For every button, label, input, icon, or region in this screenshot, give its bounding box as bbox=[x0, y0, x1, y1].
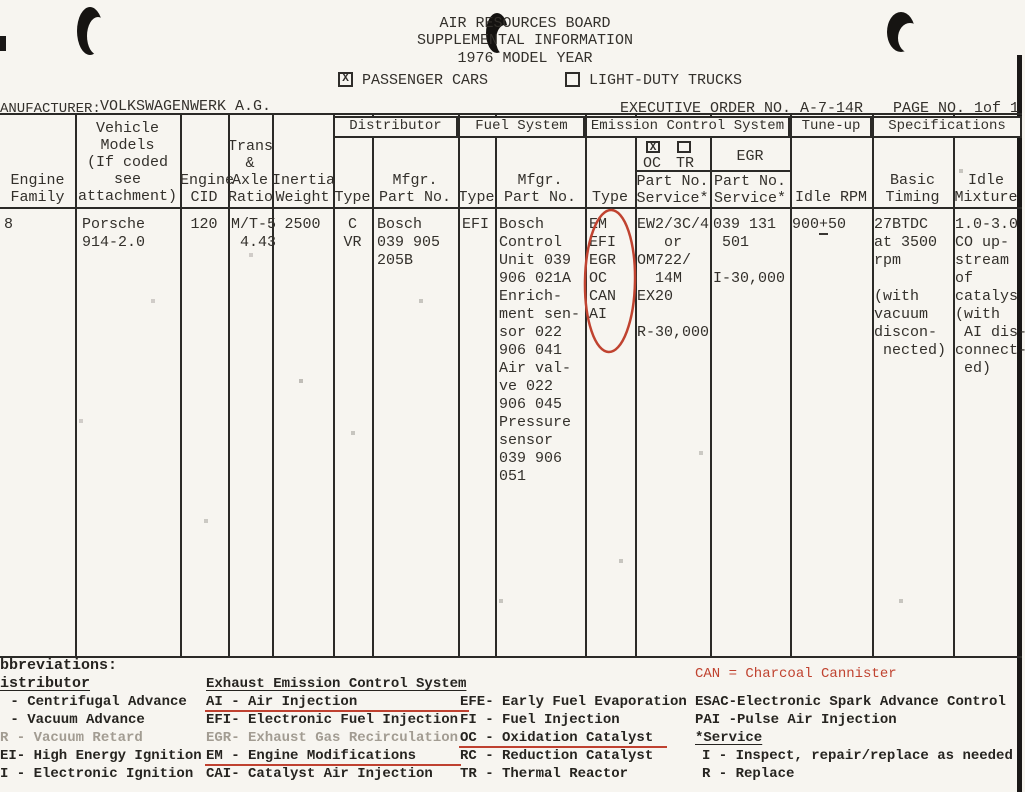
table-bottom-border bbox=[0, 656, 1022, 658]
abbrev-item: R - Vacuum Retard bbox=[0, 730, 143, 746]
col-header-ecs-type: Type bbox=[585, 189, 635, 206]
abbrev-heading-exhaust: Exhaust Emission Control System bbox=[206, 676, 466, 692]
cell-egr-part-service: 039 131 501 I-30,000 bbox=[713, 216, 785, 288]
passenger-cars-checkbox[interactable]: X bbox=[338, 72, 353, 87]
table-header-border bbox=[0, 207, 1022, 209]
col-header-basic-timing: Basic Timing bbox=[872, 172, 953, 206]
abbrev-item: OC - Oxidation Catalyst bbox=[460, 730, 653, 746]
form-title-line1: AIR RESOURCES BOARD bbox=[330, 15, 720, 33]
col-header-vehicle-models: Vehicle Models (If coded see attachment) bbox=[75, 120, 180, 205]
col-header-egr-part-service: Part No. Service* bbox=[710, 173, 790, 207]
cell-distributor-type: C VR bbox=[333, 216, 372, 252]
scanned-form-page: AIR RESOURCES BOARD SUPPLEMENTAL INFORMA… bbox=[0, 0, 1025, 792]
cell-engine-cid: 120 bbox=[180, 216, 228, 234]
cell-distributor-part: Bosch 039 905 205B bbox=[377, 216, 440, 270]
col-header-distributor-part: Mfgr. Part No. bbox=[372, 172, 458, 206]
abbrev-item: ESAC-Electronic Spark Advance Control bbox=[695, 694, 1006, 710]
abbrev-item: AI - Air Injection bbox=[206, 694, 357, 710]
abbrev-item: R - Replace bbox=[702, 766, 794, 782]
cell-idle-mixture: 1.0-3.0 CO up- stream of catalys (with A… bbox=[955, 216, 1025, 378]
abbrev-item: CAI- Catalyst Air Injection bbox=[206, 766, 433, 782]
cell-vehicle-models: Porsche 914-2.0 bbox=[82, 216, 145, 252]
abbreviations-title: bbreviations: bbox=[0, 658, 117, 674]
abbrev-item: EFI- Electronic Fuel Injection bbox=[206, 712, 458, 728]
cell-idle-rpm: 900+50 bbox=[792, 216, 846, 234]
group-header-emission-control: Emission Control System bbox=[585, 116, 790, 138]
table-top-border bbox=[0, 113, 1022, 115]
col-header-egr-label: EGR bbox=[710, 148, 790, 165]
oc-checkbox[interactable]: X bbox=[646, 141, 660, 153]
abbrev-item: I - Electronic Ignition bbox=[0, 766, 193, 782]
col-header-fuel-part: Mfgr. Part No. bbox=[495, 172, 585, 206]
plus-minus-underline bbox=[819, 233, 828, 235]
can-note-annotation: CAN = Charcoal Cannister bbox=[695, 666, 897, 682]
col-header-engine-cid: Engine CID bbox=[180, 172, 228, 206]
passenger-cars-label: PASSENGER CARS bbox=[362, 72, 488, 90]
abbrev-item: I - Inspect, repair/replace as needed bbox=[702, 748, 1013, 764]
abbrev-item: EM - Engine Modifications bbox=[206, 748, 416, 764]
abbrev-item: RC - Reduction Catalyst bbox=[460, 748, 653, 764]
abbrev-item: EFE- Early Fuel Evaporation bbox=[460, 694, 687, 710]
cell-fuel-type: EFI bbox=[462, 216, 489, 234]
punch-hole-mark bbox=[884, 8, 922, 56]
form-title-line2: SUPPLEMENTAL INFORMATION bbox=[330, 32, 720, 50]
cell-trans-axle-ratio: M/T-5 4.43 bbox=[231, 216, 276, 252]
paper-speckles bbox=[0, 0, 2, 2]
cell-engine-family: 8 bbox=[4, 216, 13, 234]
form-title-line3: 1976 MODEL YEAR bbox=[330, 50, 720, 68]
abbrev-item: - Centrifugal Advance bbox=[2, 694, 187, 710]
group-header-tune-up: Tune-up bbox=[790, 116, 872, 138]
col-header-octr-part-service: Part No. Service* bbox=[635, 173, 710, 207]
col-header-trans-axle-ratio: Trans & Axle Ratio bbox=[228, 138, 272, 206]
cell-fuel-part: Bosch Control Unit 039 906 021A Enrich- … bbox=[499, 216, 580, 486]
abbrev-item: PAI -Pulse Air Injection bbox=[695, 712, 897, 728]
group-header-fuel-system: Fuel System bbox=[458, 116, 585, 138]
group-header-specifications: Specifications bbox=[872, 116, 1022, 138]
cell-octr-part-service: EW2/3C/4 or OM722/ 14M EX20 R-30,000 bbox=[637, 216, 709, 342]
light-duty-trucks-label: LIGHT-DUTY TRUCKS bbox=[589, 72, 742, 90]
tr-checkbox[interactable] bbox=[677, 141, 691, 153]
scan-edge-line bbox=[1017, 55, 1022, 792]
scan-edge-mark bbox=[0, 36, 6, 51]
abbrev-item: EI- High Energy Ignition bbox=[0, 748, 202, 764]
cell-basic-timing: 27BTDC at 3500 rpm (with vacuum discon- … bbox=[874, 216, 946, 360]
octr-egr-divider-line bbox=[635, 170, 790, 172]
col-header-distributor-type: Type bbox=[333, 189, 372, 206]
col-header-inertia-weight: Inertia Weight bbox=[272, 172, 333, 206]
abbrev-item: FI - Fuel Injection bbox=[460, 712, 620, 728]
abbrev-item: TR - Thermal Reactor bbox=[460, 766, 628, 782]
col-header-engine-family: Engine Family bbox=[0, 172, 75, 206]
abbrev-heading-service: *Service bbox=[695, 730, 762, 746]
group-header-distributor: Distributor bbox=[333, 116, 458, 138]
cell-inertia-weight: 2500 bbox=[272, 216, 333, 234]
abbrev-item: EGR- Exhaust Gas Recirculation bbox=[206, 730, 458, 746]
manufacturer-label: ANUFACTURER: bbox=[0, 100, 101, 118]
col-header-fuel-type: Type bbox=[458, 189, 495, 206]
light-duty-trucks-checkbox[interactable] bbox=[565, 72, 580, 87]
abbrev-heading-distributor: istributor bbox=[0, 676, 90, 692]
red-circle-annotation bbox=[581, 206, 641, 358]
col-header-idle-mixture: Idle Mixture bbox=[953, 172, 1019, 206]
col-header-idle-rpm: Idle RPM bbox=[790, 189, 872, 206]
abbrev-item: - Vacuum Advance bbox=[2, 712, 145, 728]
punch-hole-mark bbox=[74, 4, 108, 58]
